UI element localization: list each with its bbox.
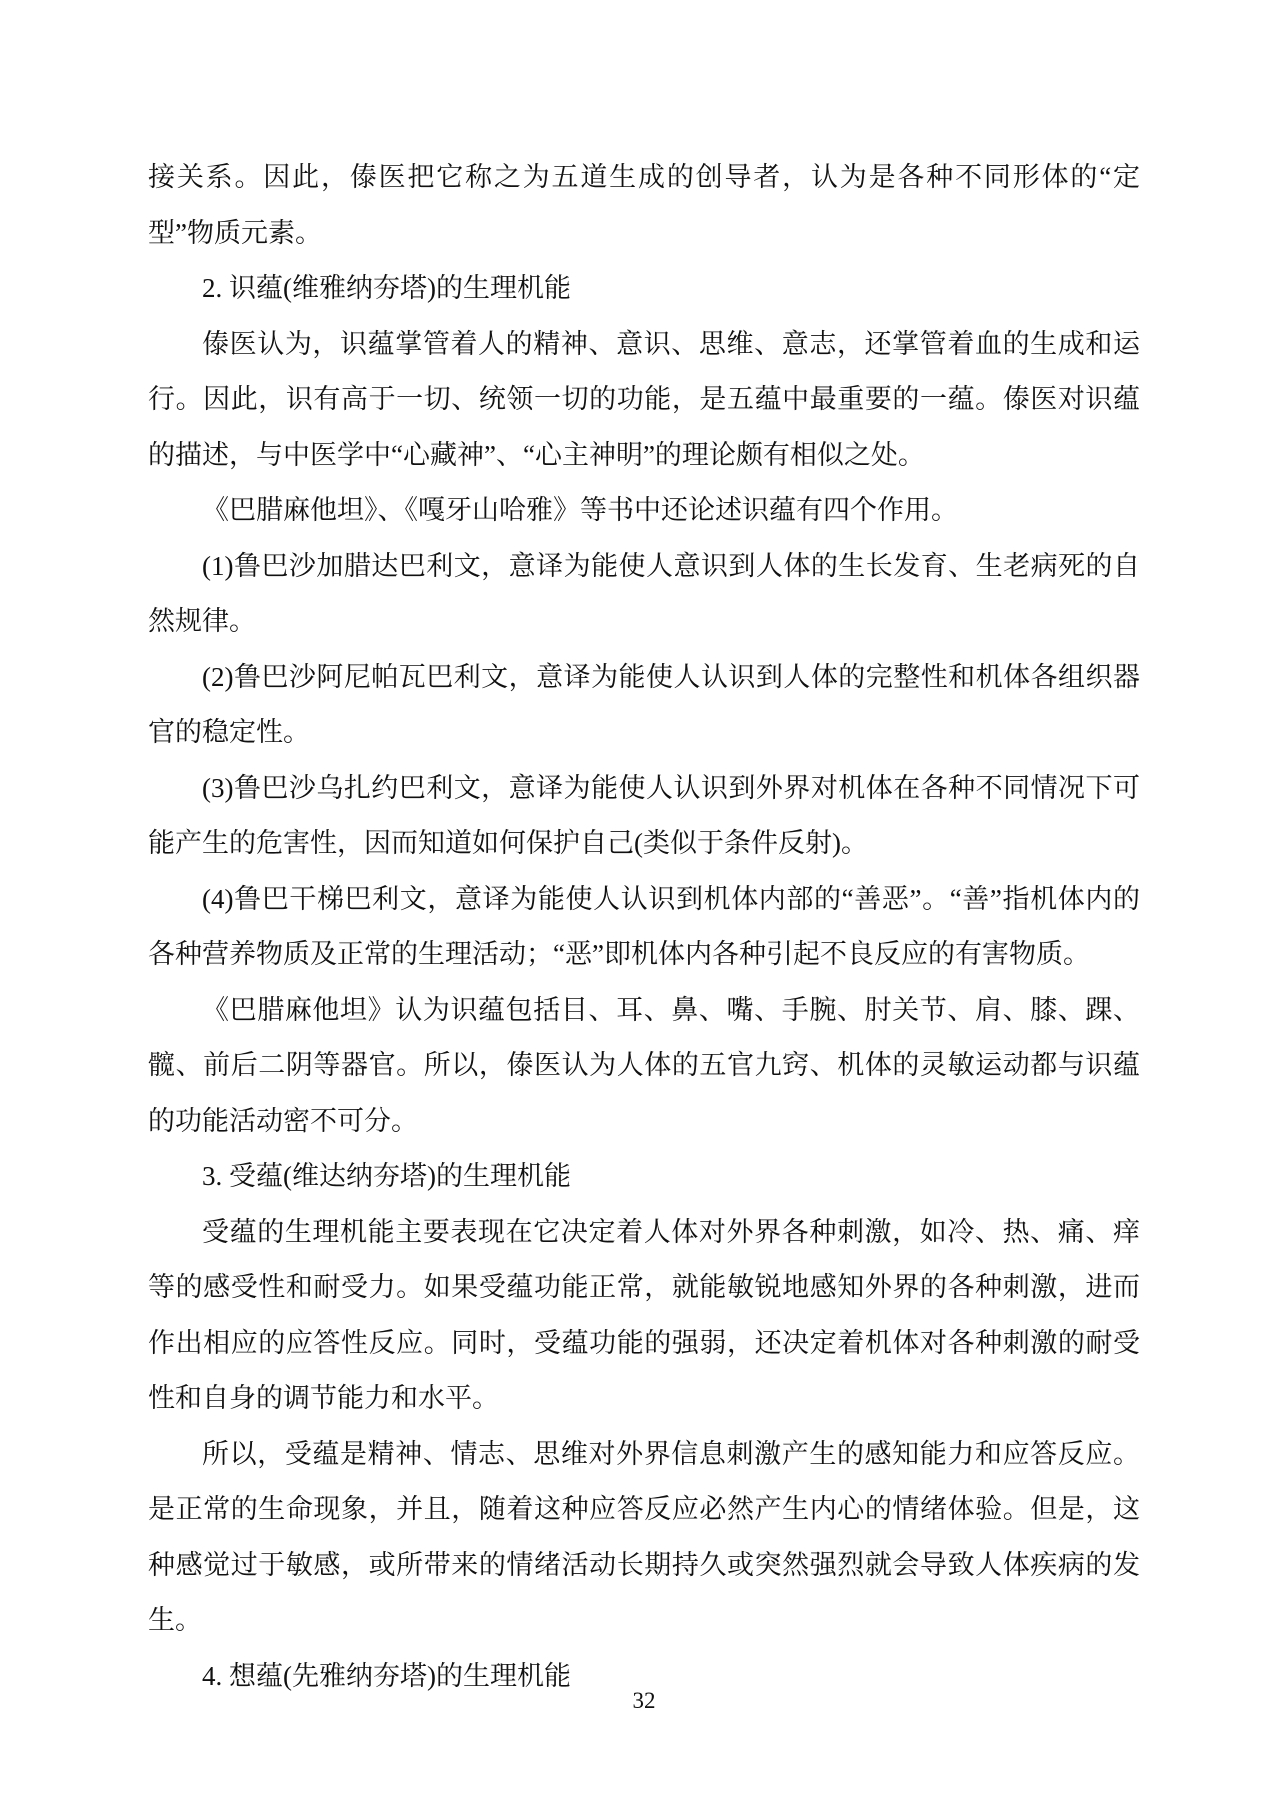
paragraph: 受蕴的生理机能主要表现在它决定着人体对外界各种刺激，如冷、热、痛、痒等的感受性和…	[148, 1205, 1140, 1427]
page-number: 32	[148, 1686, 1140, 1716]
document-page: 接关系。因此，傣医把它称之为五道生成的创导者，认为是各种不同形体的“定型”物质元…	[0, 0, 1274, 1801]
paragraph-continuation: 接关系。因此，傣医把它称之为五道生成的创导者，认为是各种不同形体的“定型”物质元…	[148, 150, 1140, 261]
section-heading-shou-yun: 3. 受蕴(维达纳夯塔)的生理机能	[148, 1149, 1140, 1205]
list-item-1: (1)鲁巴沙加腊达巴利文，意译为能使人意识到人体的生长发育、生老病死的自然规律。	[148, 539, 1140, 650]
section-heading-shi-yun: 2. 识蕴(维雅纳夯塔)的生理机能	[148, 261, 1140, 317]
list-item-3: (3)鲁巴沙乌扎约巴利文，意译为能使人认识到外界对机体在各种不同情况下可能产生的…	[148, 761, 1140, 872]
paragraph: 所以，受蕴是精神、情志、思维对外界信息刺激产生的感知能力和应答反应。是正常的生命…	[148, 1427, 1140, 1649]
paragraph: 傣医认为，识蕴掌管着人的精神、意识、思维、意志，还掌管着血的生成和运行。因此，识…	[148, 317, 1140, 484]
paragraph: 《巴腊麻他坦》认为识蕴包括目、耳、鼻、嘴、手腕、肘关节、肩、膝、踝、髋、前后二阴…	[148, 983, 1140, 1150]
paragraph: 《巴腊麻他坦》、《嘎牙山哈雅》等书中还论述识蕴有四个作用。	[148, 483, 1140, 539]
list-item-4: (4)鲁巴干梯巴利文，意译为能使人认识到机体内部的“善恶”。“善”指机体内的各种…	[148, 872, 1140, 983]
list-item-2: (2)鲁巴沙阿尼帕瓦巴利文，意译为能使人认识到人体的完整性和机体各组织器官的稳定…	[148, 650, 1140, 761]
document-body: 接关系。因此，傣医把它称之为五道生成的创导者，认为是各种不同形体的“定型”物质元…	[148, 150, 1140, 1704]
